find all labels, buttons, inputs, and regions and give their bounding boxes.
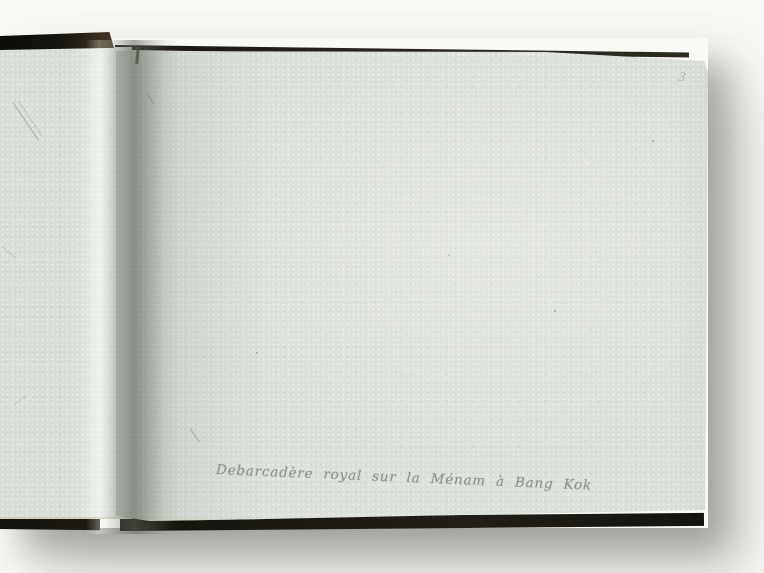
dust-speck — [586, 162, 588, 164]
dust-speck — [256, 352, 258, 354]
dust-speck — [448, 254, 450, 256]
left-album-page — [0, 47, 132, 519]
photograph-of-open-album: 3 Debarcadère royal sur la Ménam à Bang … — [0, 0, 764, 573]
dust-speck — [554, 310, 556, 312]
left-page-shading — [0, 47, 132, 517]
dust-speck — [652, 140, 654, 142]
right-album-page: 3 Debarcadère royal sur la Ménam à Bang … — [116, 42, 714, 524]
album-cover-edge-top-left — [0, 32, 114, 50]
right-page-shading — [116, 42, 714, 524]
